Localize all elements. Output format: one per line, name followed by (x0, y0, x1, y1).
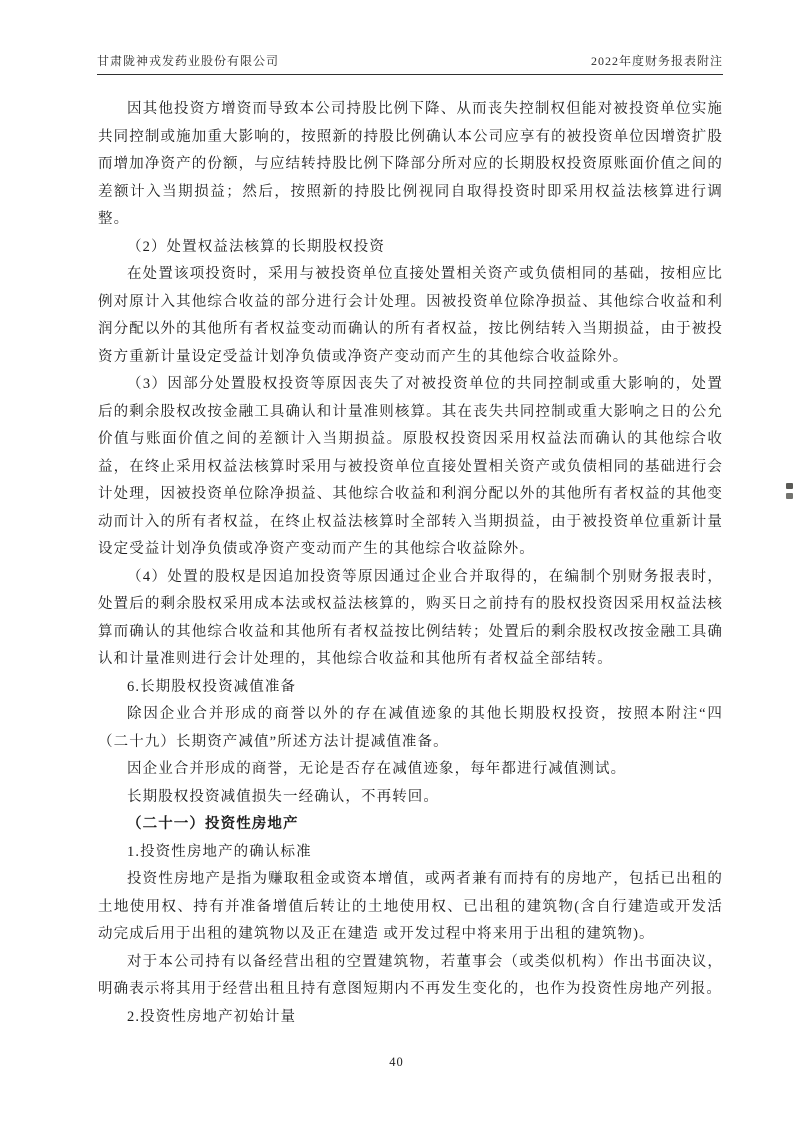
report-title: 2022年度财务报表附注 (591, 52, 723, 69)
para-goodwill-impairment-test: 因企业合并形成的商誉，无论是否存在减值迹象，每年都进行减值测试。 (98, 756, 723, 784)
para-disposal-business-combination: （4）处置的股权是因追加投资等原因通过企业合并取得的，在编制个别财务报表时，处置… (98, 564, 723, 674)
scan-artifact (786, 493, 793, 499)
para-investment-property-definition: 投资性房地产是指为赚取租金或资本增值，或两者兼有而持有的房地产，包括已出租的土地… (98, 866, 723, 949)
company-name: 甘肃陇神戎发药业股份有限公司 (97, 52, 279, 69)
page-header: 甘肃陇神戎发药业股份有限公司 2022年度财务报表附注 (97, 52, 723, 75)
heading-recognition-criteria: 1.投资性房地产的确认标准 (98, 839, 723, 867)
para-vacant-building: 对于本公司持有以备经营出租的空置建筑物，若董事会（或类似机构）作出书面决议，明确… (98, 949, 723, 1004)
document-page: 甘肃陇神戎发药业股份有限公司 2022年度财务报表附注 因其他投资方增资而导致本… (0, 0, 793, 1122)
para-impairment-no-reversal: 长期股权投资减值损失一经确认，不再转回。 (98, 784, 723, 812)
para-impairment-provision: 除因企业合并形成的商誉以外的存在减值迹象的其他长期股权投资，按照本附注“四（二十… (98, 701, 723, 756)
heading-initial-measurement: 2.投资性房地产初始计量 (98, 1004, 723, 1032)
para-shareholding-dilution: 因其他投资方增资而导致本公司持股比例下降、从而丧失控制权但能对被投资单位实施共同… (98, 96, 723, 234)
document-body: 因其他投资方增资而导致本公司持股比例下降、从而丧失控制权但能对被投资单位实施共同… (98, 96, 723, 1031)
para-loss-of-joint-control: （3）因部分处置股权投资等原因丧失了对被投资单位的共同控制或重大影响的，处置后的… (98, 371, 723, 564)
heading-lt-equity-impairment: 6.长期股权投资减值准备 (98, 674, 723, 702)
page-number: 40 (0, 1055, 793, 1070)
heading-disposal-equity-method: （2）处置权益法核算的长期股权投资 (98, 234, 723, 262)
para-disposal-accounting: 在处置该项投资时，采用与被投资单位直接处置相关资产或负债相同的基础，按相应比例对… (98, 261, 723, 371)
scan-artifact (786, 483, 793, 489)
heading-investment-property: （二十一）投资性房地产 (98, 811, 723, 839)
